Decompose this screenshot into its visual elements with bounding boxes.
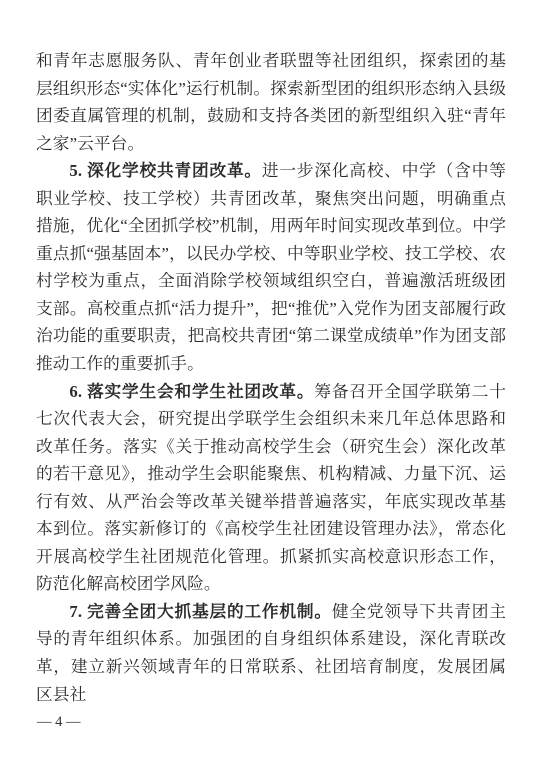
- body-text: 进一步深化高校、中学（含中等职业学校、技工学校）共青团改革，聚焦突出问题，明确重…: [36, 161, 506, 373]
- paragraph: 5. 深化学校共青团改革。进一步深化高校、中学（含中等职业学校、技工学校）共青团…: [36, 157, 506, 377]
- paragraph: 7. 完善全团大抓基层的工作机制。健全党领导下共青团主导的青年组织体系。加强团的…: [36, 598, 506, 708]
- body-text: 筹备召开全国学联第二十七次代表大会，研究提出学联学生会组织未来几年总体思路和改革…: [36, 382, 506, 594]
- item-heading: 7. 完善全团大抓基层的工作机制。: [69, 602, 331, 621]
- document-page: 和青年志愿服务队、青年创业者联盟等社团组织，探索团的基层组织形态“实体化”运行机…: [0, 0, 542, 757]
- item-heading: 6. 落实学生会和学生社团改革。: [69, 382, 314, 401]
- paragraph: 6. 落实学生会和学生社团改革。筹备召开全国学联第二十七次代表大会，研究提出学联…: [36, 378, 506, 598]
- item-heading: 5. 深化学校共青团改革。: [69, 161, 262, 180]
- paragraph: 和青年志愿服务队、青年创业者联盟等社团组织，探索团的基层组织形态“实体化”运行机…: [36, 47, 506, 157]
- body-text: 和青年志愿服务队、青年创业者联盟等社团组织，探索团的基层组织形态“实体化”运行机…: [36, 51, 506, 153]
- page-number: — 4 —: [37, 714, 81, 730]
- document-body: 和青年志愿服务队、青年创业者联盟等社团组织，探索团的基层组织形态“实体化”运行机…: [36, 47, 506, 708]
